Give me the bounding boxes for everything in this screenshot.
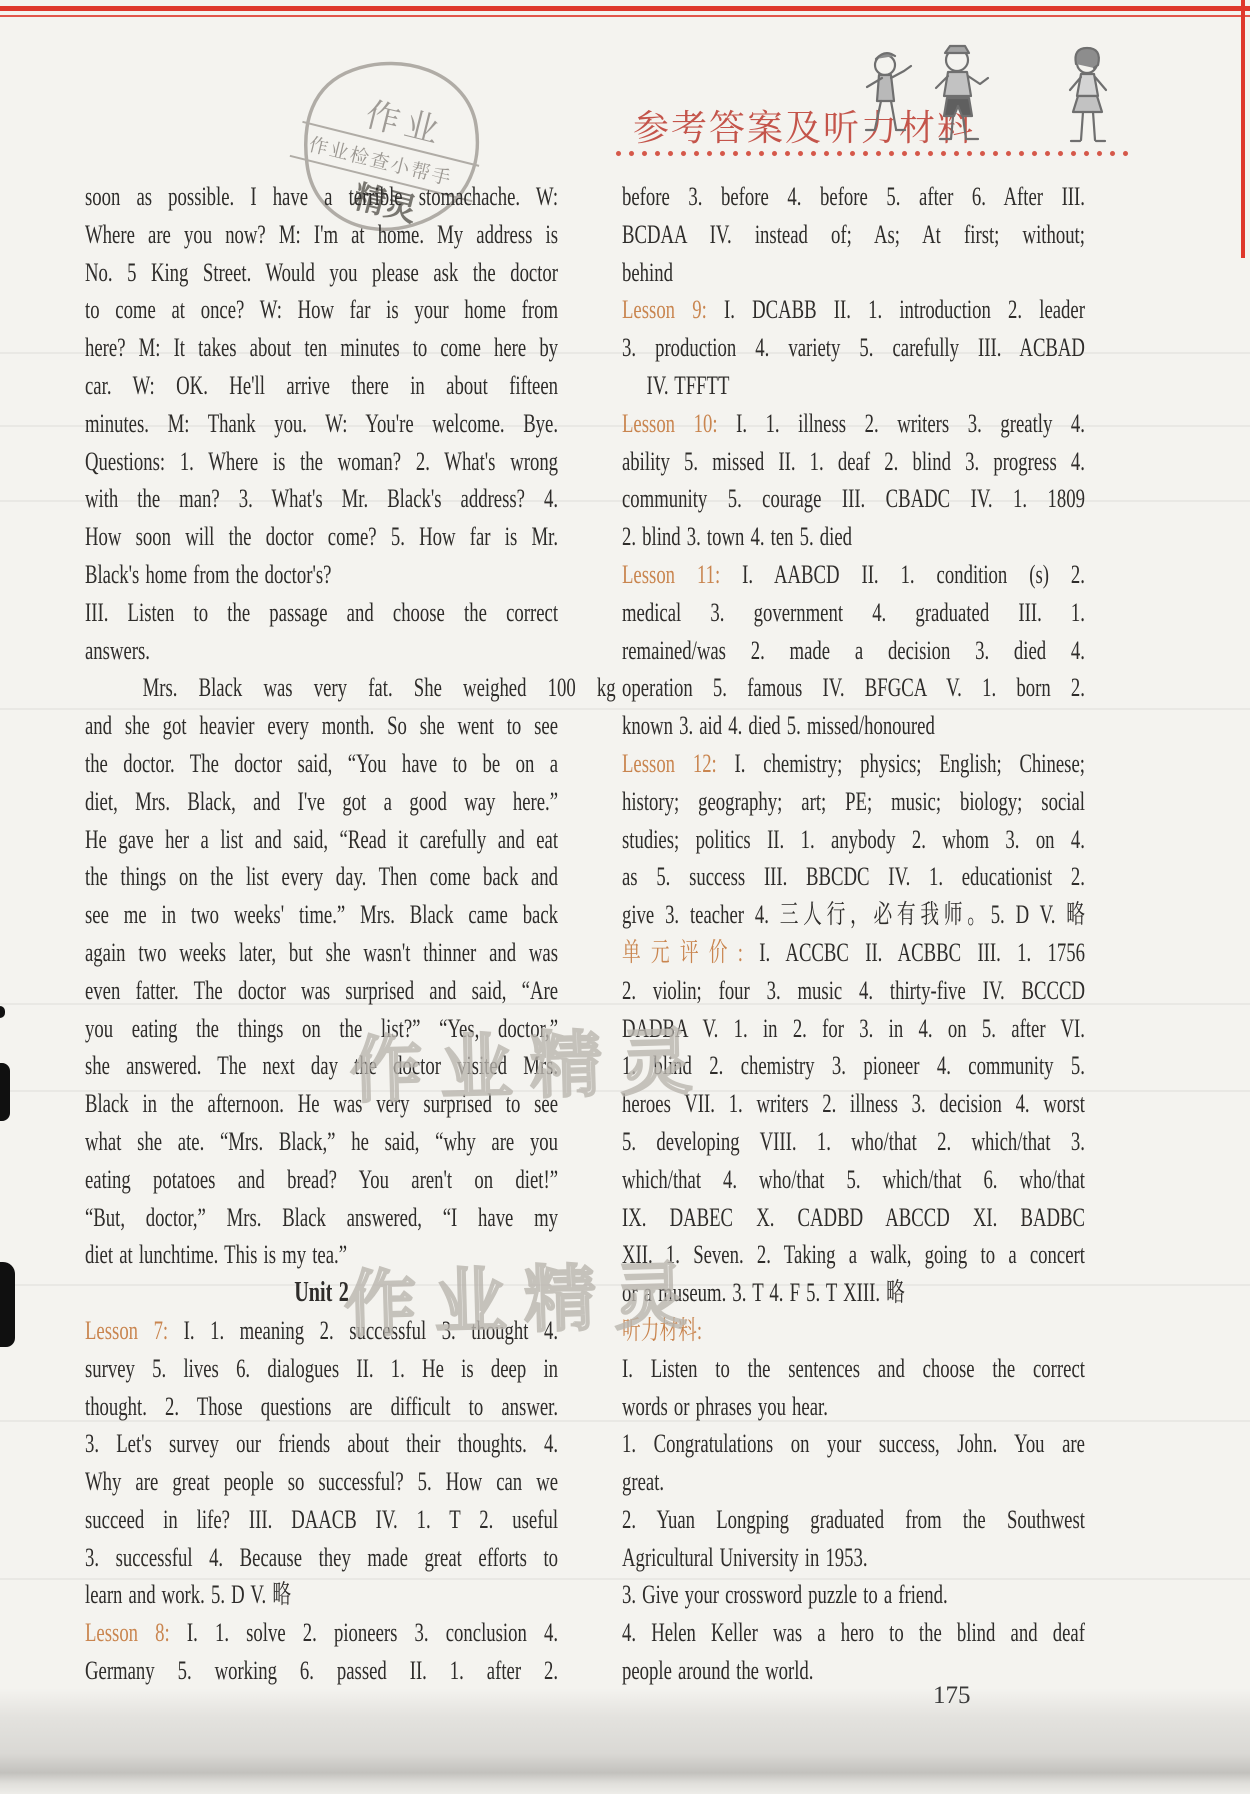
text-line: Lesson 8: I. 1. solve 2. pioneers 3. con… bbox=[85, 1614, 558, 1652]
text-line: with the man? 3. What's Mr. Black's addr… bbox=[85, 480, 558, 518]
text-line: people around the world. bbox=[622, 1652, 1085, 1690]
text-line: I. Listen to the sentences and choose th… bbox=[622, 1350, 1085, 1388]
text-line: 3. successful 4. Because they made great… bbox=[85, 1539, 558, 1577]
text-line: Lesson 7: I. 1. meaning 2. successful 3.… bbox=[85, 1312, 558, 1350]
page: { "page": { "number": "175" }, "header":… bbox=[0, 0, 1250, 1794]
text-line: 5. developing VIII. 1. who/that 2. which… bbox=[622, 1123, 1085, 1161]
text-line: heroes VII. 1. writers 2. illness 3. dec… bbox=[622, 1085, 1085, 1123]
text-line: Questions: 1. Where is the woman? 2. Wha… bbox=[85, 443, 558, 481]
text-line: words or phrases you hear. bbox=[622, 1388, 1085, 1426]
text-line: as 5. success III. BBCDC IV. 1. educatio… bbox=[622, 858, 1085, 896]
section-label: Lesson 10: bbox=[622, 409, 718, 438]
section-label: 单元评价: bbox=[622, 938, 743, 967]
text-line: you eating the things on the list?” “Yes… bbox=[85, 1010, 558, 1048]
text-line: 听力材料: bbox=[622, 1312, 1085, 1350]
text-line: 3. Let's survey our friends about their … bbox=[85, 1425, 558, 1463]
text-line: soon as possible. I have a terrible stom… bbox=[85, 178, 558, 216]
text-line: Black's home from the doctor's? bbox=[85, 556, 558, 594]
text-line: Unit 2 bbox=[85, 1274, 558, 1312]
section-label: Lesson 11: bbox=[622, 560, 720, 589]
scan-edge-mark bbox=[0, 1006, 5, 1018]
text-line: eating potatoes and bread? You aren't on… bbox=[85, 1161, 558, 1199]
text-line: and she got heavier every month. So she … bbox=[85, 707, 558, 745]
text-line: again two weeks later, but she wasn't th… bbox=[85, 934, 558, 972]
right-column: before 3. before 4. before 5. after 6. A… bbox=[622, 178, 1085, 1690]
text-line: known 3. aid 4. died 5. missed/honoured bbox=[622, 707, 1085, 745]
text-line: answers. bbox=[85, 632, 558, 670]
section-label: 听力材料: bbox=[622, 1316, 702, 1345]
text-line: Black in the afternoon. He was very surp… bbox=[85, 1085, 558, 1123]
text-line: Lesson 9: I. DCABB II. 1. introduction 2… bbox=[622, 291, 1085, 329]
text-line: IV. TFFTT bbox=[622, 367, 1109, 405]
text-line: How soon will the doctor come? 5. How fa… bbox=[85, 518, 558, 556]
text-line: studies; politics II. 1. anybody 2. whom… bbox=[622, 821, 1085, 859]
text-line: No. 5 King Street. Would you please ask … bbox=[85, 254, 558, 292]
text-line: BCDAA IV. instead of; As; At first; with… bbox=[622, 216, 1085, 254]
text-line: diet at lunchtime. This is my tea.” bbox=[85, 1236, 558, 1274]
text-line: survey 5. lives 6. dialogues II. 1. He i… bbox=[85, 1350, 558, 1388]
text-line: He gave her a list and said, “Read it ca… bbox=[85, 821, 558, 859]
section-label: Lesson 12: bbox=[622, 749, 717, 778]
text-line: Mrs. Black was very fat. She weighed 100… bbox=[85, 669, 616, 707]
top-rule-thick bbox=[0, 6, 1250, 11]
text-line: ability 5. missed II. 1. deaf 2. blind 3… bbox=[622, 443, 1085, 481]
section-label: Lesson 7: bbox=[85, 1316, 168, 1345]
text-line: Lesson 11: I. AABCD II. 1. condition (s)… bbox=[622, 556, 1085, 594]
text-line: Why are great people so successful? 5. H… bbox=[85, 1463, 558, 1501]
bottom-shadow bbox=[0, 1688, 1250, 1794]
text-line: Germany 5. working 6. passed II. 1. afte… bbox=[85, 1652, 558, 1690]
section-label: Lesson 8: bbox=[85, 1618, 170, 1647]
text-line: 单元评价: I. ACCBC II. ACBBC III. 1. 1756 bbox=[622, 934, 1085, 972]
text-line: Lesson 10: I. 1. illness 2. writers 3. g… bbox=[622, 405, 1085, 443]
text-line: 2. blind 3. town 4. ten 5. died bbox=[622, 518, 1085, 556]
scan-edge-mark bbox=[0, 1262, 15, 1347]
text-line: XII. 1. Seven. 2. Taking a walk, going t… bbox=[622, 1236, 1085, 1274]
text-line: behind bbox=[622, 254, 1085, 292]
text-line: car. W: OK. He'll arrive there in about … bbox=[85, 367, 558, 405]
text-line: succeed in life? III. DAACB IV. 1. T 2. … bbox=[85, 1501, 558, 1539]
left-column: soon as possible. I have a terrible stom… bbox=[85, 178, 558, 1690]
text-line: minutes. M: Thank you. W: You're welcome… bbox=[85, 405, 558, 443]
stamp-top-text: 作业 bbox=[362, 96, 449, 152]
text-line: 2. Yuan Longping graduated from the Sout… bbox=[622, 1501, 1085, 1539]
text-line: 1. Congratulations on your success, John… bbox=[622, 1425, 1085, 1463]
text-line: DADBA V. 1. in 2. for 3. in 4. on 5. aft… bbox=[622, 1010, 1085, 1048]
text-line: diet, Mrs. Black, and I've got a good wa… bbox=[85, 783, 558, 821]
text-line: the doctor. The doctor said, “You have t… bbox=[85, 745, 558, 783]
text-line: give 3. teacher 4. 三人行，必有我师。5. D V. 略 bbox=[622, 896, 1085, 934]
text-line: “But, doctor,” Mrs. Black answered, “I h… bbox=[85, 1199, 558, 1237]
text-line: history; geography; art; PE; music; biol… bbox=[622, 783, 1085, 821]
text-line: 3. production 4. variety 5. carefully II… bbox=[622, 329, 1085, 367]
text-line: III. Listen to the passage and choose th… bbox=[85, 594, 558, 632]
text-line: community 5. courage III. CBADC IV. 1. 1… bbox=[622, 480, 1085, 518]
text-line: 4. Helen Keller was a hero to the blind … bbox=[622, 1614, 1085, 1652]
text-line: see me in two weeks' time.” Mrs. Black c… bbox=[85, 896, 558, 934]
section-label: Lesson 9: bbox=[622, 295, 707, 324]
text-line: the things on the list every day. Then c… bbox=[85, 858, 558, 896]
text-line: she answered. The next day the doctor vi… bbox=[85, 1047, 558, 1085]
students-illustration bbox=[855, 38, 1145, 160]
text-line: great. bbox=[622, 1463, 1085, 1501]
text-line: Where are you now? M: I'm at home. My ad… bbox=[85, 216, 558, 254]
text-line: thought. 2. Those questions are difficul… bbox=[85, 1388, 558, 1426]
text-line: 3. Give your crossword puzzle to a frien… bbox=[622, 1576, 1085, 1614]
text-line: 2. violin; four 3. music 4. thirty-five … bbox=[622, 972, 1085, 1010]
text-line: what she ate. “Mrs. Black,” he said, “wh… bbox=[85, 1123, 558, 1161]
text-line: before 3. before 4. before 5. after 6. A… bbox=[622, 178, 1085, 216]
text-line: learn and work. 5. D V. 略 bbox=[85, 1576, 558, 1614]
text-line: medical 3. government 4. graduated III. … bbox=[622, 594, 1085, 632]
text-line: Lesson 12: I. chemistry; physics; Englis… bbox=[622, 745, 1085, 783]
scan-edge-mark bbox=[0, 1063, 10, 1121]
page-number: 175 bbox=[933, 1682, 971, 1710]
text-line: remained/was 2. made a decision 3. died … bbox=[622, 632, 1085, 670]
text-line: even fatter. The doctor was surprised an… bbox=[85, 972, 558, 1010]
text-line: 1. blind 2. chemistry 3. pioneer 4. comm… bbox=[622, 1047, 1085, 1085]
text-line: IX. DABEC X. CADBD ABCCD XI. BADBC bbox=[622, 1199, 1085, 1237]
text-line: Agricultural University in 1953. bbox=[622, 1539, 1085, 1577]
text-line: to come at once? W: How far is your home… bbox=[85, 291, 558, 329]
text-line: or a museum. 3. T 4. F 5. T XIII. 略 bbox=[622, 1274, 1085, 1312]
top-rule-thin bbox=[0, 15, 1250, 17]
text-line: which/that 4. who/that 5. which/that 6. … bbox=[622, 1161, 1085, 1199]
text-line: here? M: It takes about ten minutes to c… bbox=[85, 329, 558, 367]
text-line: operation 5. famous IV. BFGCA V. 1. born… bbox=[622, 669, 1085, 707]
right-edge-rule bbox=[1241, 0, 1245, 258]
